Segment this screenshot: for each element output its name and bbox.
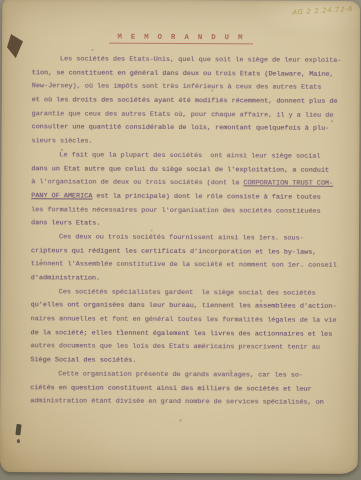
paragraph: Le fait que la plupart des sociétés ont …: [31, 149, 353, 233]
paragraph: Ces sociétés spécialistes gardent le siè…: [30, 286, 352, 370]
document-title: M E M O R A N D U M: [109, 34, 252, 45]
scan-artifact-bottom-dot: [17, 439, 20, 443]
scan-artifact-bottom-left: [15, 424, 21, 435]
text-line: administration étant divisée en grand no…: [30, 395, 352, 410]
scanned-page-frame: AG 2 2.24.72-6 M E M O R A N D U M Les s…: [0, 0, 361, 480]
paper-sheet: AG 2 2.24.72-6 M E M O R A N D U M Les s…: [0, 0, 360, 474]
paragraph: Ces deux ou trois sociétés fournissent a…: [31, 231, 353, 287]
paragraph: Cette organisation présente de grands av…: [30, 368, 352, 411]
paragraph: Les sociétés des Etats-Unis, quel que so…: [31, 53, 353, 150]
title-row: M E M O R A N D U M: [2, 25, 360, 45]
document-body: Les sociétés des Etats-Unis, quel que so…: [30, 53, 354, 411]
handwritten-reference: AG 2 2.24.72-6: [292, 5, 354, 17]
